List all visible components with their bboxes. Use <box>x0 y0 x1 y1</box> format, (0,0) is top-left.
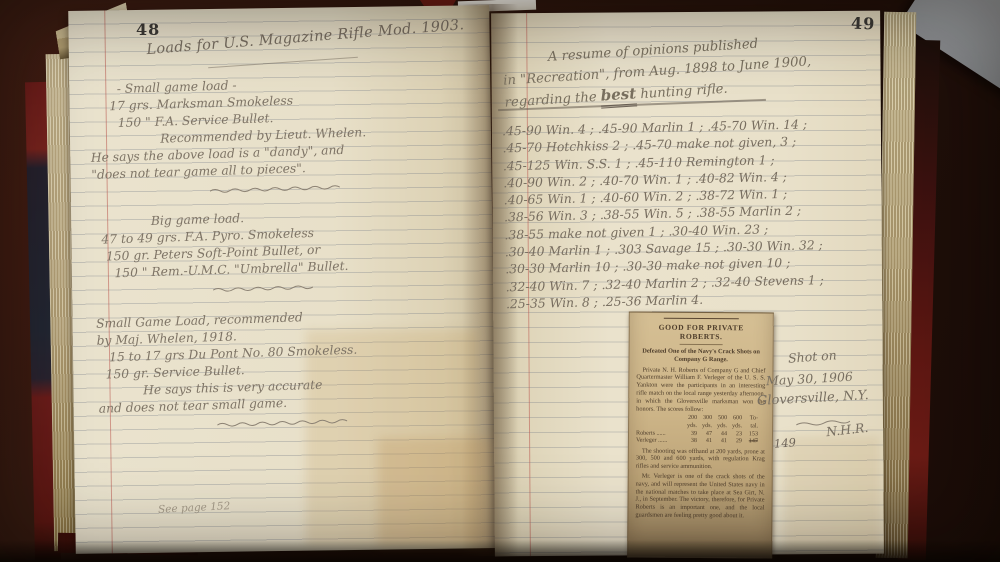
score-cell: 39 <box>682 430 697 438</box>
clipping-paragraph: Private N. H. Roberts of Company G and C… <box>636 366 765 414</box>
clipping-separator <box>679 344 723 345</box>
score-header-cell: 600 <box>727 416 742 424</box>
clipping-top-rule <box>664 318 739 320</box>
photo-of-open-notebook: 48 Loads for U.S. Magazine Rifle Mod. 19… <box>0 0 1000 562</box>
rifle-survey-list: .45-90 Win. 4 ; .45-90 Marlin 1 ; .45-70… <box>502 114 888 313</box>
score-cell: 41 <box>697 438 712 446</box>
pencil-score-correction: 149 <box>774 435 797 450</box>
score-cell: 23 <box>727 431 742 439</box>
score-total-struck: 147 <box>742 438 758 446</box>
score-header-cell: 500 <box>712 416 727 424</box>
score-header-cell: yds. <box>712 423 727 431</box>
intro-line3-post: hunting rifle. <box>636 82 728 103</box>
score-header-cell: To- <box>742 416 758 424</box>
score-cell: 38 <box>682 438 697 446</box>
clipping-subhead: Defeated One of the Navy's Crack Shots o… <box>636 347 765 364</box>
clipping-headline: GOOD FOR PRIVATE ROBERTS. <box>637 323 766 343</box>
score-data-row: Verleger ...... 38 41 41 29 147 <box>636 438 765 446</box>
clipping-paragraph: Mr. Verleger is one of the crack shots o… <box>635 473 764 521</box>
score-cell: 29 <box>727 438 742 446</box>
left-page-body: - Small game load - 17 grs. Marksman Smo… <box>88 70 471 440</box>
newspaper-clipping: GOOD FOR PRIVATE ROBERTS. Defeated One o… <box>627 311 774 558</box>
score-header-cell: 200 <box>682 415 697 423</box>
score-table: 200 300 500 600 To- yds. yds. yds. yds. … <box>636 415 765 446</box>
score-total: 153 <box>742 431 758 439</box>
score-header-cell: tal. <box>742 423 758 431</box>
page-number-left: 48 <box>136 20 160 39</box>
score-header-cell: 300 <box>697 415 712 423</box>
score-cell: 44 <box>712 431 727 439</box>
score-header-cell: yds. <box>697 423 712 431</box>
score-header-cell: yds. <box>682 423 697 431</box>
score-shooter-name: Verleger ...... <box>636 438 682 446</box>
score-header-cell: yds. <box>727 423 742 431</box>
score-cell: 47 <box>697 431 712 439</box>
clipping-paragraph: The shooting was offhand at 200 yards, p… <box>636 447 765 471</box>
score-cell: 41 <box>712 438 727 446</box>
